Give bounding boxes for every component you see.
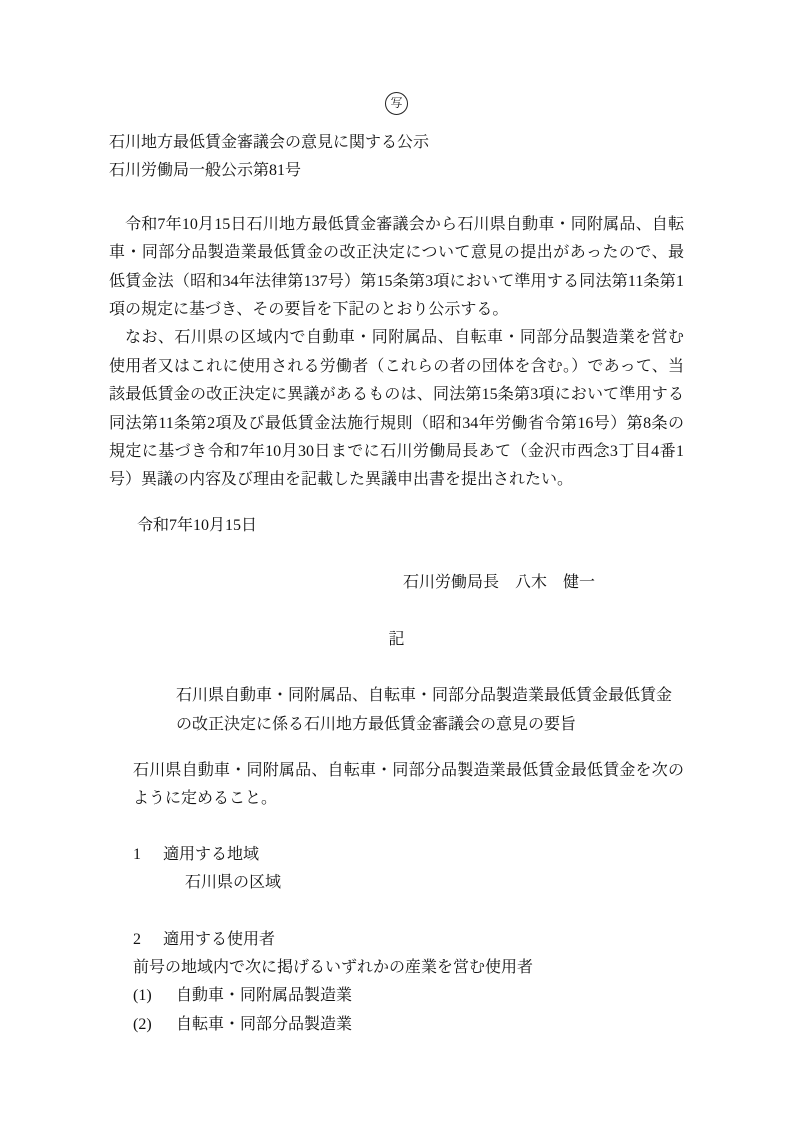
paragraph-objection-procedure: なお、石川県の区域内で自動車・同附属品、自転車・同部分品製造業を営む使用者又はこ… [109,324,684,494]
sub-item-auto-parts: (1) 自動車・同附属品製造業 [133,982,684,1010]
opinion-subject-line2: の改正決定に係る石川地方最低賃金審議会の意見の要旨 [176,711,684,739]
item-applicable-region: 1 適用する地域 石川県の区域 [133,841,684,898]
item-body: 石川県の区域 [185,869,684,897]
item-applicable-employers: 2 適用する使用者 前号の地域内で次に掲げるいずれかの産業を営む使用者 (1) … [133,926,684,1040]
paragraph-announcement: 令和7年10月15日石川地方最低賃金審議会から石川県自動車・同附属品、自転車・同… [109,211,684,325]
opinion-subject: 石川県自動車・同附属品、自転車・同部分品製造業最低賃金最低賃金 の改正決定に係る… [176,682,684,739]
sub-item-number: (1) [133,982,176,1010]
document-title: 石川地方最低賃金審議会の意見に関する公示 [109,129,684,157]
issue-date: 令和7年10月15日 [137,512,684,540]
item-heading: 適用する使用者 [163,926,275,954]
item-number: 1 [133,841,163,869]
sub-item-label: 自転車・同部分品製造業 [176,1011,352,1039]
sub-item-bicycle-parts: (2) 自転車・同部分品製造業 [133,1011,684,1039]
opinion-subject-line1: 石川県自動車・同附属品、自転車・同部分品製造業最低賃金最低賃金 [176,682,684,710]
copy-stamp-circle: 写 [385,92,408,115]
sub-item-label: 自動車・同附属品製造業 [176,982,352,1010]
record-mark: 記 [109,626,684,654]
sub-item-number: (2) [133,1011,176,1039]
document-page: 写 石川地方最低賃金審議会の意見に関する公示 石川労働局一般公示第81号 令和7… [0,0,793,1122]
item-body: 前号の地域内で次に掲げるいずれかの産業を営む使用者 [133,954,684,982]
signature-director: 石川労働局長 八木 健一 [403,569,684,597]
body-text-block: 令和7年10月15日石川地方最低賃金審議会から石川県自動車・同附属品、自転車・同… [109,211,684,495]
resolution-statement: 石川県自動車・同附属品、自転車・同部分品製造業最低賃金最低賃金を次のように定める… [133,757,684,814]
document-number: 石川労働局一般公示第81号 [109,157,684,185]
item-heading: 適用する地域 [163,841,259,869]
item-number: 2 [133,926,163,954]
